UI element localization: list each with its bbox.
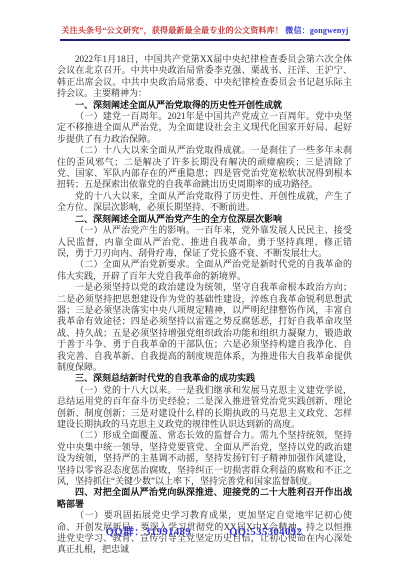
body-paragraph: 党的十八大以来，全面从严治党取得了历史性、开创性成就，产生了全方位、深层次影响，…	[57, 191, 352, 214]
body-paragraph: （二）全面从严治党新要求。全面从严治党是新时代党的自我革命的伟大实践，开辟了百年…	[57, 259, 352, 282]
contact-footer: QQ群：31991489QQ:535304092	[0, 524, 408, 539]
promo-text: 关注头条号“公文研究”，获得最新最全最专业的公文资料库！	[61, 26, 283, 35]
document-page: 关注头条号“公文研究”，获得最新最全最专业的公文资料库！ 微信：gongweny…	[0, 0, 408, 580]
body-paragraph: （一）党的十八大以来。一是我们继承和发展马克思主义建党学说，总结运用党的百年奋斗…	[57, 385, 352, 431]
body-paragraph: 2022年1月18日，中国共产党第XX届中央纪律检查委员会第六次全体会议在北京召…	[57, 54, 352, 100]
section-heading: 二、深刻阐述全面从严治党产生的全方位深层次影响	[57, 214, 352, 225]
body-paragraph: （一）建党一百周年。2021年是中国共产党成立一百周年。党中央坚定不移推进全面从…	[57, 111, 352, 145]
body-paragraph: 一是必须坚持以党的政治建设为统领，坚守自我革命根本政治方向；二是必须坚持把思想建…	[57, 282, 352, 373]
document-body: 2022年1月18日，中国共产党第XX届中央纪律检查委员会第六次全体会议在北京召…	[57, 54, 352, 556]
section-heading: 三、深刻总结新时代党的自我革命的成功实践	[57, 373, 352, 384]
wechat-contact: 微信：gongwenyj	[283, 26, 349, 35]
section-heading: 一、深刻阐述全面从严治党取得的历史性开创性成就	[57, 100, 352, 111]
body-paragraph: （二）十八大以来全面从严治党取得成就。一是刹住了一些多年未刹住的歪风邪气；二是解…	[57, 145, 352, 191]
body-paragraph: （二）形成全面覆盖、常态长效的监督合力。需九个坚持统领，坚持党中央集中统一领导，…	[57, 430, 352, 487]
promo-banner: 关注头条号“公文研究”，获得最新最全最专业的公文资料库！ 微信：gongweny…	[60, 24, 350, 41]
section-heading: 四、对把全面从严治党向纵深推进、迎接党的二十大胜利召开作出战略部署	[57, 487, 352, 510]
body-paragraph: （一）从严治党产生的影响。一百年来，党外靠发展人民民主、接受人民监督，内靠全面从…	[57, 225, 352, 259]
qq-group-number: QQ群：31991489	[106, 527, 191, 538]
qq-number: QQ:535304092	[229, 527, 302, 538]
